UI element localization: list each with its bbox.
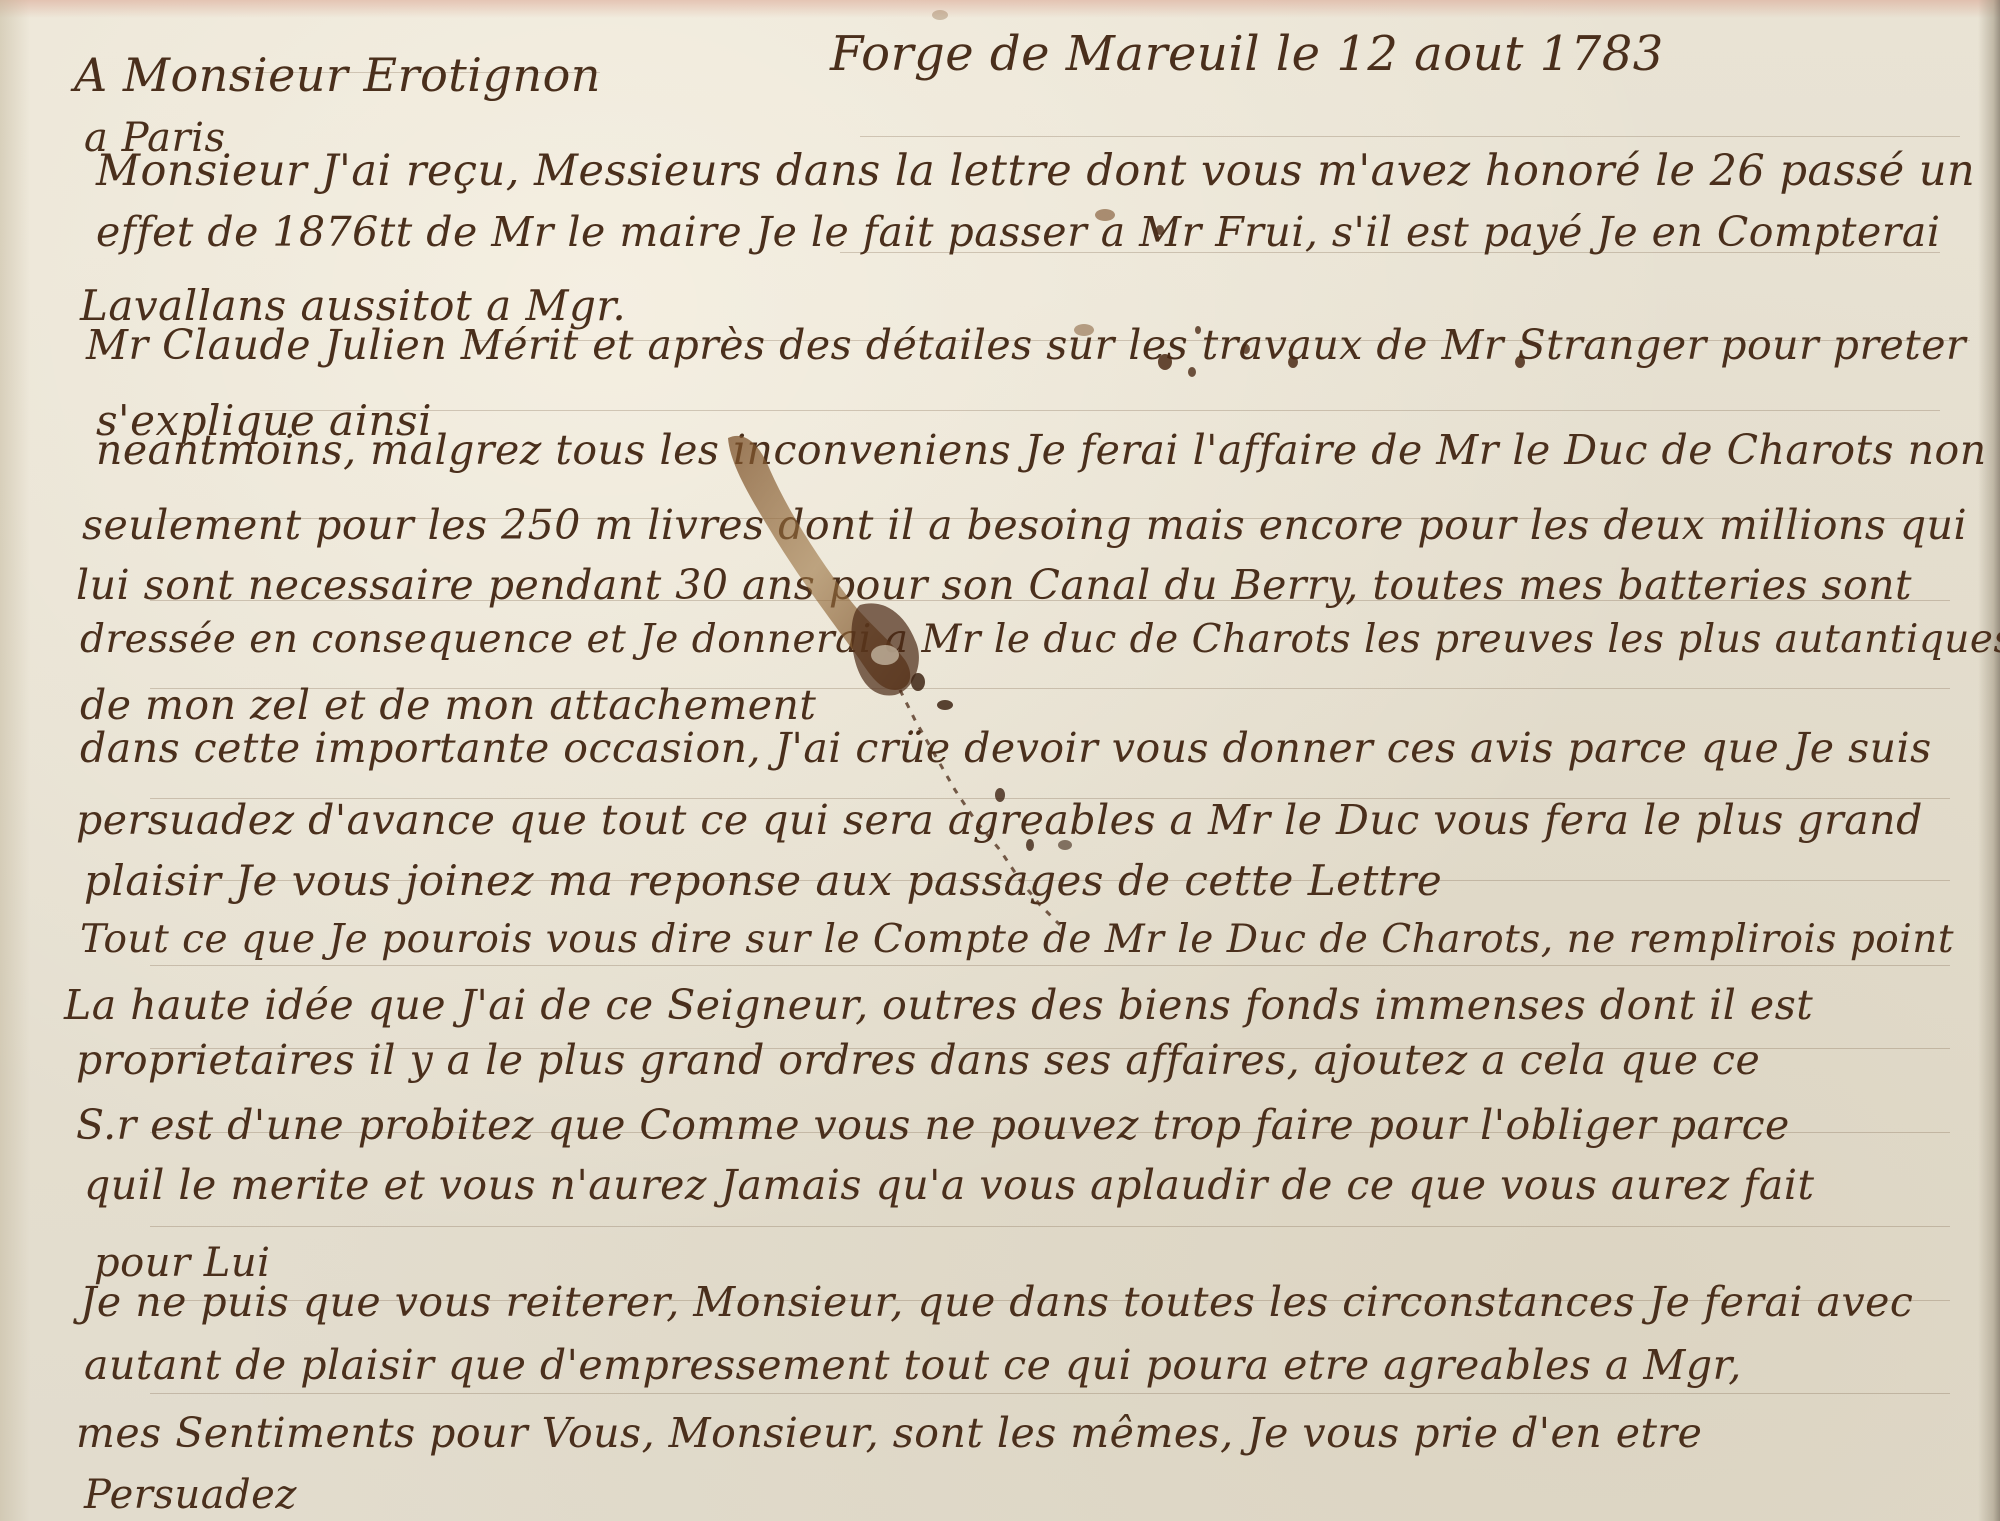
letter-line: lui sont necessaire pendant 30 ans pour … xyxy=(76,565,1912,606)
recipient-address: A Monsieur Erotignon xyxy=(74,52,601,98)
letter-line: plaisir Je vous joinez ma reponse aux pa… xyxy=(84,860,1442,902)
letter-line: dressée en consequence et Je donnerai a … xyxy=(80,620,2000,659)
letter-line: Je ne puis que vous reiterer, Monsieur, … xyxy=(80,1282,1913,1323)
letter-line: effet de 1876tt de Mr le maire Je le fai… xyxy=(96,212,1940,253)
manuscript-page: A Monsieur Erotignon a Paris Forge de Ma… xyxy=(0,0,2000,1521)
letter-line: neantmoins, malgrez tous les inconvenien… xyxy=(96,430,1987,471)
ruling-line xyxy=(260,410,1940,411)
letter-line: Persuadez xyxy=(84,1475,297,1515)
letter-line: de mon zel et de mon attachement xyxy=(80,685,816,726)
ruling-line xyxy=(860,136,1960,137)
letter-line: pour Lui xyxy=(94,1243,270,1283)
letter-line: proprietaires il y a le plus grand ordre… xyxy=(76,1040,1760,1081)
ruling-line xyxy=(150,965,1950,966)
letter-line: autant de plaisir que d'empressement tou… xyxy=(84,1345,1742,1386)
letter-line: S.r est d'une probitez que Comme vous ne… xyxy=(76,1105,1790,1146)
ruling-line xyxy=(150,1226,1950,1227)
page-left-edge xyxy=(0,0,30,1521)
binding-shadow xyxy=(1978,0,2000,1521)
letter-line: Monsieur J'ai reçu, Messieurs dans la le… xyxy=(96,150,1975,193)
letter-line: persuadez d'avance que tout ce qui sera … xyxy=(76,800,1923,841)
ruling-line xyxy=(150,1393,1950,1394)
dateline: Forge de Mareuil le 12 aout 1783 xyxy=(830,30,1664,78)
letter-line: mes Sentiments pour Vous, Monsieur, sont… xyxy=(76,1413,1702,1454)
letter-line: quil le merite et vous n'aurez Jamais qu… xyxy=(84,1165,1814,1206)
letter-line: Tout ce que Je pourois vous dire sur le … xyxy=(80,920,1954,959)
letter-line: Mr Claude Julien Mérit et après des déta… xyxy=(86,325,1966,366)
letter-line: seulement pour les 250 m livres dont il … xyxy=(82,505,1967,546)
letter-line: dans cette importante occasion, J'ai crü… xyxy=(80,728,1932,769)
page-top-edge xyxy=(0,0,2000,18)
letter-line: La haute idée que J'ai de ce Seigneur, o… xyxy=(64,985,1813,1026)
